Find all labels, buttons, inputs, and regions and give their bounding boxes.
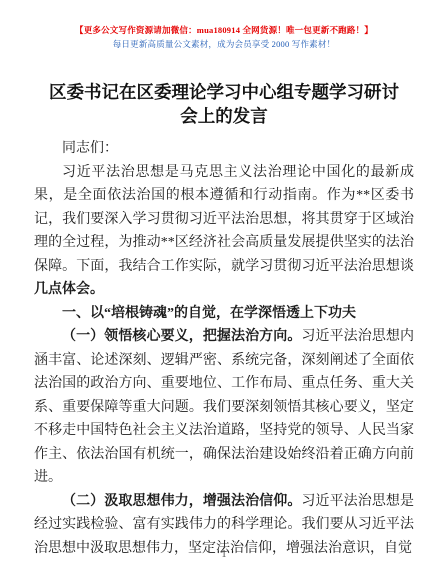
text-run: 习近平法治思想内涵丰富、论述深刻、逻辑严密、系统完备，深刻阐述了全面依法治国的政… [34,329,414,485]
page-number: 1 [0,549,448,560]
header-notice-line1: 【更多公文写作资源请加微信：mua180914 全网货源！唯一包更新不跑路！】 [0,24,448,36]
text-run-bold: 几点体会。 [34,282,104,297]
text-run: 习近平法治思想是马克思主义法治理论中国化的最新成果，是全面依法治国的根本遵循和行… [34,165,414,274]
paragraph: 同志们： [34,137,414,161]
paragraph: 一、以“培根铸魂”的自觉，在学深悟透上下功夫 [34,302,414,326]
header-notice-line2: 每日更新高质量公文素材，成为会员享受 2000 写作素材！ [0,38,448,50]
header-watermark: 【更多公文写作资源请加微信：mua180914 全网货源！唯一包更新不跑路！】 … [0,0,448,50]
text-run-bold: （一）领悟核心要义，把握法治方向。 [62,329,301,344]
page-title: 区委书记在区委理论学习中心组专题学习研讨会上的发言 [46,80,402,128]
paragraph: 习近平法治思想是马克思主义法治理论中国化的最新成果，是全面依法治国的根本遵循和行… [34,161,414,302]
text-run: 同志们： [62,141,118,156]
text-run-bold: （二）汲取思想伟力，增强法治信仰。 [62,494,301,509]
paragraph: （一）领悟核心要义，把握法治方向。习近平法治思想内涵丰富、论述深刻、逻辑严密、系… [34,325,414,490]
body-paragraphs: 同志们：习近平法治思想是马克思主义法治理论中国化的最新成果，是全面依法治国的根本… [34,137,414,560]
text-run-bold: 一、以“培根铸魂”的自觉，在学深悟透上下功夫 [62,306,356,321]
document-page: 【更多公文写作资源请加微信：mua180914 全网货源！唯一包更新不跑路！】 … [0,0,448,580]
